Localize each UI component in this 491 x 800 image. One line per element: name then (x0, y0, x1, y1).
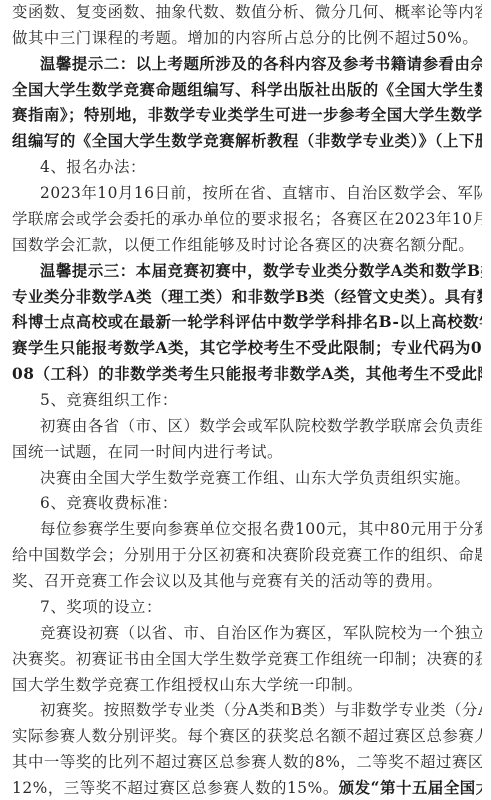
text-line: 变函数、复变函数、抽象代数、数值分析、微分几何、概率论等内容，由考生选 (12, 0, 482, 24)
text-line: 竞赛设初赛（以省、市、自治区作为赛区，军队院校为一个独立赛区）奖与 (40, 621, 482, 645)
tip-two-line: 全国大学生数学竞赛命题组编写、科学出版社出版的《全国大学生数学竞赛参 (12, 78, 482, 102)
text-line: 奖、召开竞赛工作会议以及其他与竞赛有关的活动等的费用。 (12, 569, 482, 593)
document-page: 变函数、复变函数、抽象代数、数值分析、微分几何、概率论等内容，由考生选 做其中三… (0, 0, 491, 800)
text-line: 学联席会或学会委托的承办单位的要求报名；各赛区在2023年10月27日前向中 (12, 207, 482, 231)
section-heading-organization: 5、竞赛组织工作： (40, 388, 482, 412)
text-segment: 12%，三等奖不超过赛区总参赛人数的15%。 (12, 779, 339, 797)
text-line: 初赛奖。按照数学专业类（分A类和B类）与非数学专业类（分A类和B类）的 (40, 698, 482, 722)
text-line: 决赛奖。初赛证书由全国大学生数学竞赛工作组统一印制；决赛的获奖证书由全 (12, 647, 482, 671)
tip-two-line: 组编写的《全国大学生数学竞赛解析教程（非数学专业类）》（上下册）。 (12, 129, 482, 153)
text-line: 给中国数学会；分别用于分区初赛和决赛阶段竞赛工作的组织、命题、评奖、颁 (12, 543, 482, 567)
tip-two-line: 温馨提示二：以上考题所涉及的各科内容及参考书籍请参看由佘志坤主编、 (40, 52, 482, 76)
tip-two-line: 赛指南》；特别地，非数学专业类学生可进一步参考全国大学生数学竞赛命题 (12, 103, 482, 127)
tip-three-line: 专业类分非数学A类（理工类）和非数学B类（经管文史类）。具有数学一级学 (12, 285, 482, 309)
text-line: 每位参赛学生要向参赛单位交报名费100元，其中80元用于分赛区，20元交 (40, 517, 482, 541)
text-line: 2023年10月16日前，按所在省、直辖市、自治区数学会、军队院校数学教 (40, 181, 482, 205)
text-line: 国大学生数学竞赛工作组授权山东大学统一印制。 (12, 673, 482, 697)
text-line: 实际参赛人数分别评奖。每个赛区的获奖总名额不超过赛区总参赛人数的35%， (12, 724, 482, 748)
bold-text-segment: 颁发“第十五届全国大学生数学竞赛 (339, 779, 482, 797)
text-line: 国数学会汇款，以便工作组能够及时讨论各赛区的决赛名额分配。 (12, 233, 482, 257)
tip-three-line: 赛学生只能报考数学A类，其它学校考生不受此限制；专业代码为07（理科）、 (12, 336, 482, 360)
tip-three-line: 温馨提示三：本届竞赛初赛中，数学专业类分数学A类和数学B类，非数学 (40, 259, 482, 283)
section-heading-awards: 7、奖项的设立： (40, 595, 482, 619)
text-line: 12%，三等奖不超过赛区总参赛人数的15%。颁发“第十五届全国大学生数学竞赛 (12, 776, 482, 800)
text-line: 初赛由各省（市、区）数学会或军队院校数学教学联席会负责组织，使用全 (40, 414, 482, 438)
tip-three-line: 08（工科）的非数学类考生只能报考非数学A类，其他考生不受此限制。 (12, 362, 482, 386)
section-heading-registration: 4、报名办法： (40, 155, 482, 179)
text-line: 决赛由全国大学生数学竞赛工作组、山东大学负责组织实施。 (40, 466, 482, 490)
tip-three-line: 科博士点高校或在最新一轮学科评估中数学学科排名B-以上高校数学类专业参 (12, 310, 482, 334)
text-line: 国统一试题，在同一时间内进行考试。 (12, 440, 482, 464)
section-heading-fees: 6、竞赛收费标准： (40, 491, 482, 515)
text-line: 其中一等奖的比列不超过赛区总参赛人数的8%，二等奖不超过赛区总参赛人数的 (12, 750, 482, 774)
text-line: 做其中三门课程的考题。增加的内容所占总分的比例不超过50%。 (12, 26, 482, 50)
